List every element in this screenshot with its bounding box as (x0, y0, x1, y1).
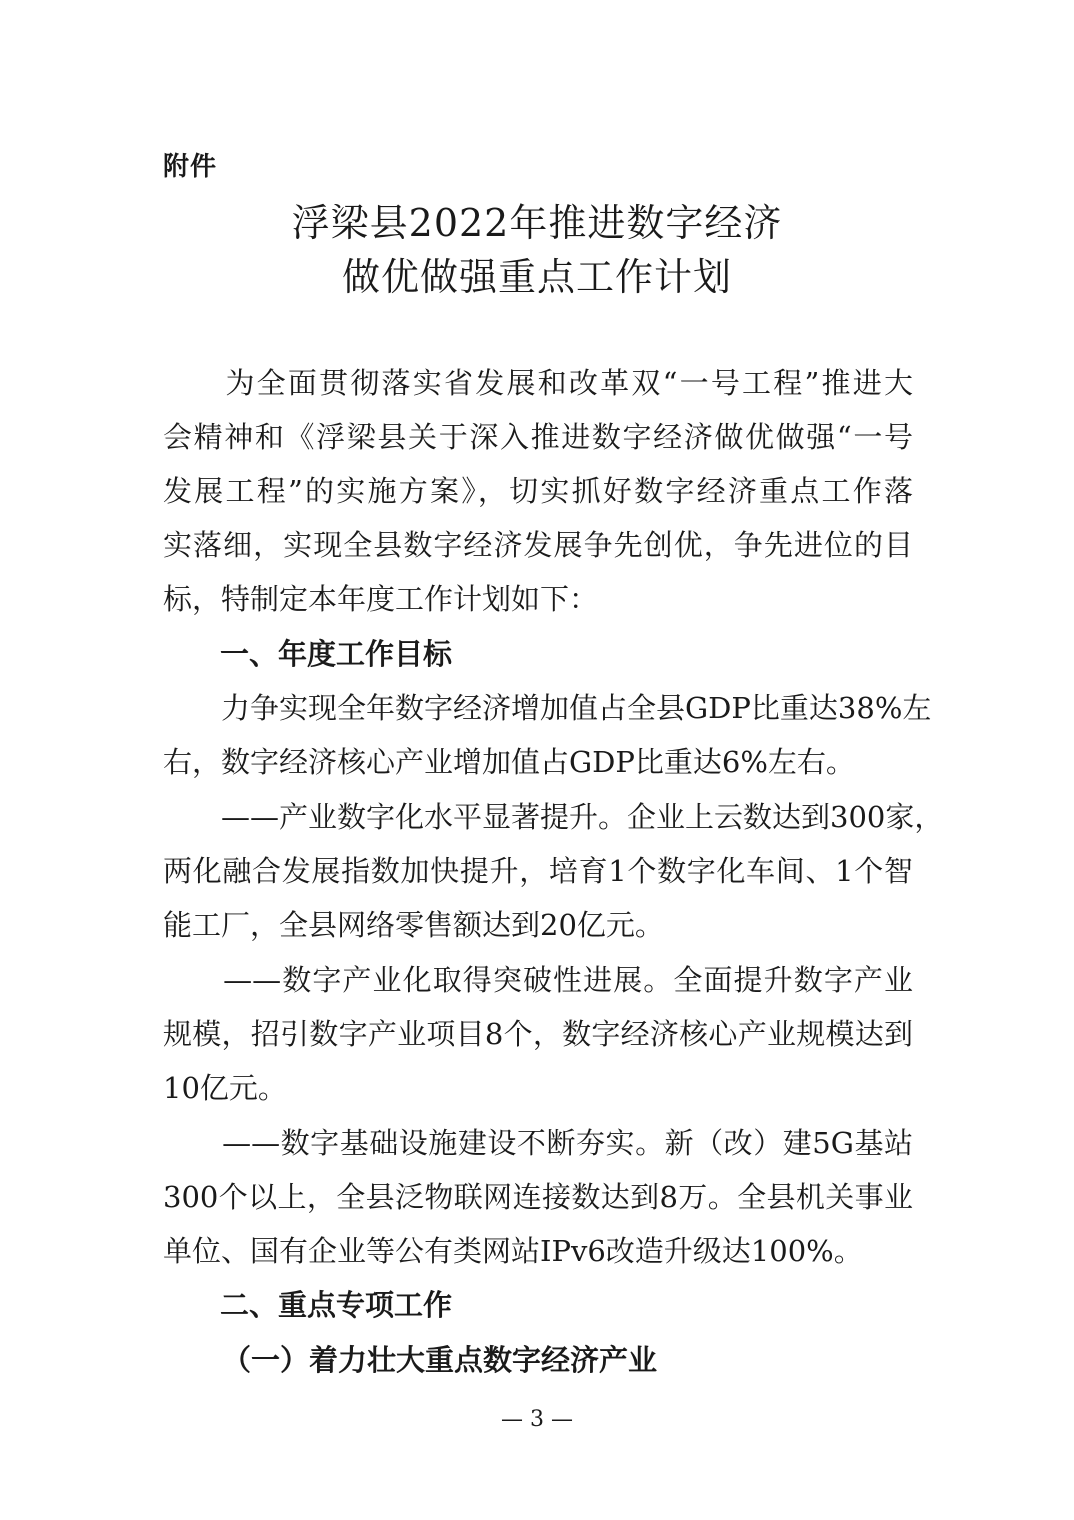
document-title-line-2: 做优做强重点工作计划 (0, 246, 1074, 301)
page-number: — 3 — (0, 1407, 1074, 1432)
goal-item-digital-industrialization: 规模，招引数字产业项目8个，数字经济核心产业规模达到 (163, 1016, 913, 1052)
intro-line: 为全面贯彻落实省发展和改革双“一号工程”推进大 (163, 365, 913, 401)
goal-item-digital-infrastructure: 单位、国有企业等公有类网站IPv6改造升级达100%。 (163, 1233, 913, 1269)
intro-line: 标，特制定本年度工作计划如下： (163, 581, 913, 617)
goal-item-digital-infrastructure: ——数字基础设施建设不断夯实。新（改）建5G基站 (163, 1125, 913, 1161)
goal-item-industrial-digitalization: ——产业数字化水平显著提升。企业上云数达到300家， (163, 799, 913, 835)
subsection-heading: （一）着力壮大重点数字经济产业 (222, 1342, 657, 1378)
goal-line: 力争实现全年数字经济增加值占全县GDP比重达38%左 (163, 690, 913, 726)
goal-item-digital-industrialization: 10亿元。 (163, 1070, 913, 1106)
section-heading-annual-goals: 一、年度工作目标 (220, 636, 452, 672)
intro-line: 会精神和《浮梁县关于深入推进数字经济做优做强“一号 (163, 419, 913, 455)
document-title-line-1: 浮梁县2022年推进数字经济 (0, 192, 1074, 247)
document-page: 附件 浮梁县2022年推进数字经济 做优做强重点工作计划 为全面贯彻落实省发展和… (0, 0, 1074, 1520)
goal-item-digital-industrialization: ——数字产业化取得突破性进展。全面提升数字产业 (163, 962, 913, 998)
intro-line: 实落细，实现全县数字经济发展争先创优，争先进位的目 (163, 527, 913, 563)
goal-item-industrial-digitalization: 能工厂，全县网络零售额达到20亿元。 (163, 907, 913, 943)
goal-item-industrial-digitalization: 两化融合发展指数加快提升，培育1个数字化车间、1个智 (163, 853, 913, 889)
attachment-label: 附件 (163, 146, 217, 183)
goal-item-digital-infrastructure: 300个以上，全县泛物联网连接数达到8万。全县机关事业 (163, 1179, 913, 1215)
intro-line: 发展工程”的实施方案》，切实抓好数字经济重点工作落 (163, 473, 913, 509)
goal-line: 右，数字经济核心产业增加值占GDP比重达6%左右。 (163, 744, 913, 780)
section-heading-key-tasks: 二、重点专项工作 (220, 1287, 452, 1323)
